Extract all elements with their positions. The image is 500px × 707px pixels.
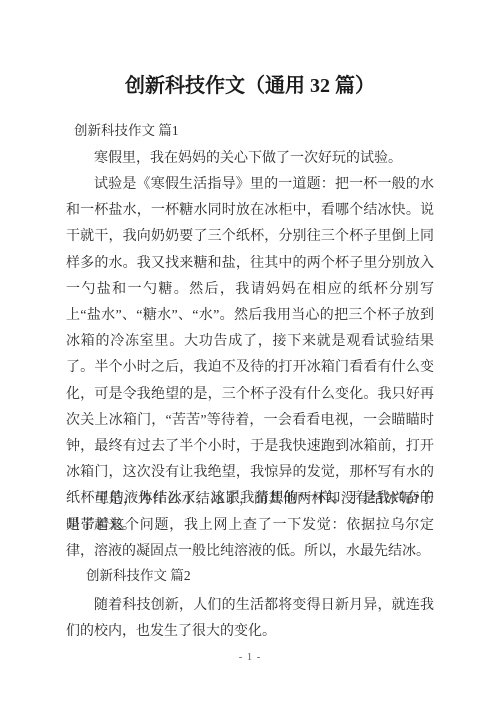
- section-1-heading: 创新科技作文 篇1: [74, 121, 179, 141]
- section-1-paragraph-1: 寒假里，我在妈妈的关心下做了一次好玩的试验。: [66, 146, 434, 172]
- document-title: 创新科技作文（通用 32 篇）: [0, 72, 500, 100]
- page-number: - 1 -: [0, 652, 500, 663]
- document-page: 创新科技作文（通用 32 篇） 创新科技作文 篇1 寒假里，我在妈妈的关心下做了…: [0, 0, 500, 707]
- section-2-heading: 创新科技作文 篇2: [86, 566, 191, 586]
- section-1-paragraph-2: 试验是《寒假生活指导》里的一道题：把一杯一般的水和一杯盐水，一杯糖水同时放在冰柜…: [66, 172, 434, 539]
- section-1-paragraph-3: 可是，为什么水结冰了，而其他两杯却没有结冰呢?于是带着这个问题，我上网上查了一下…: [66, 487, 434, 566]
- section-2-paragraph-1: 随着科技创新，人们的生活都将变得日新月异，就连我们的校内，也发生了很大的变化。: [66, 593, 434, 645]
